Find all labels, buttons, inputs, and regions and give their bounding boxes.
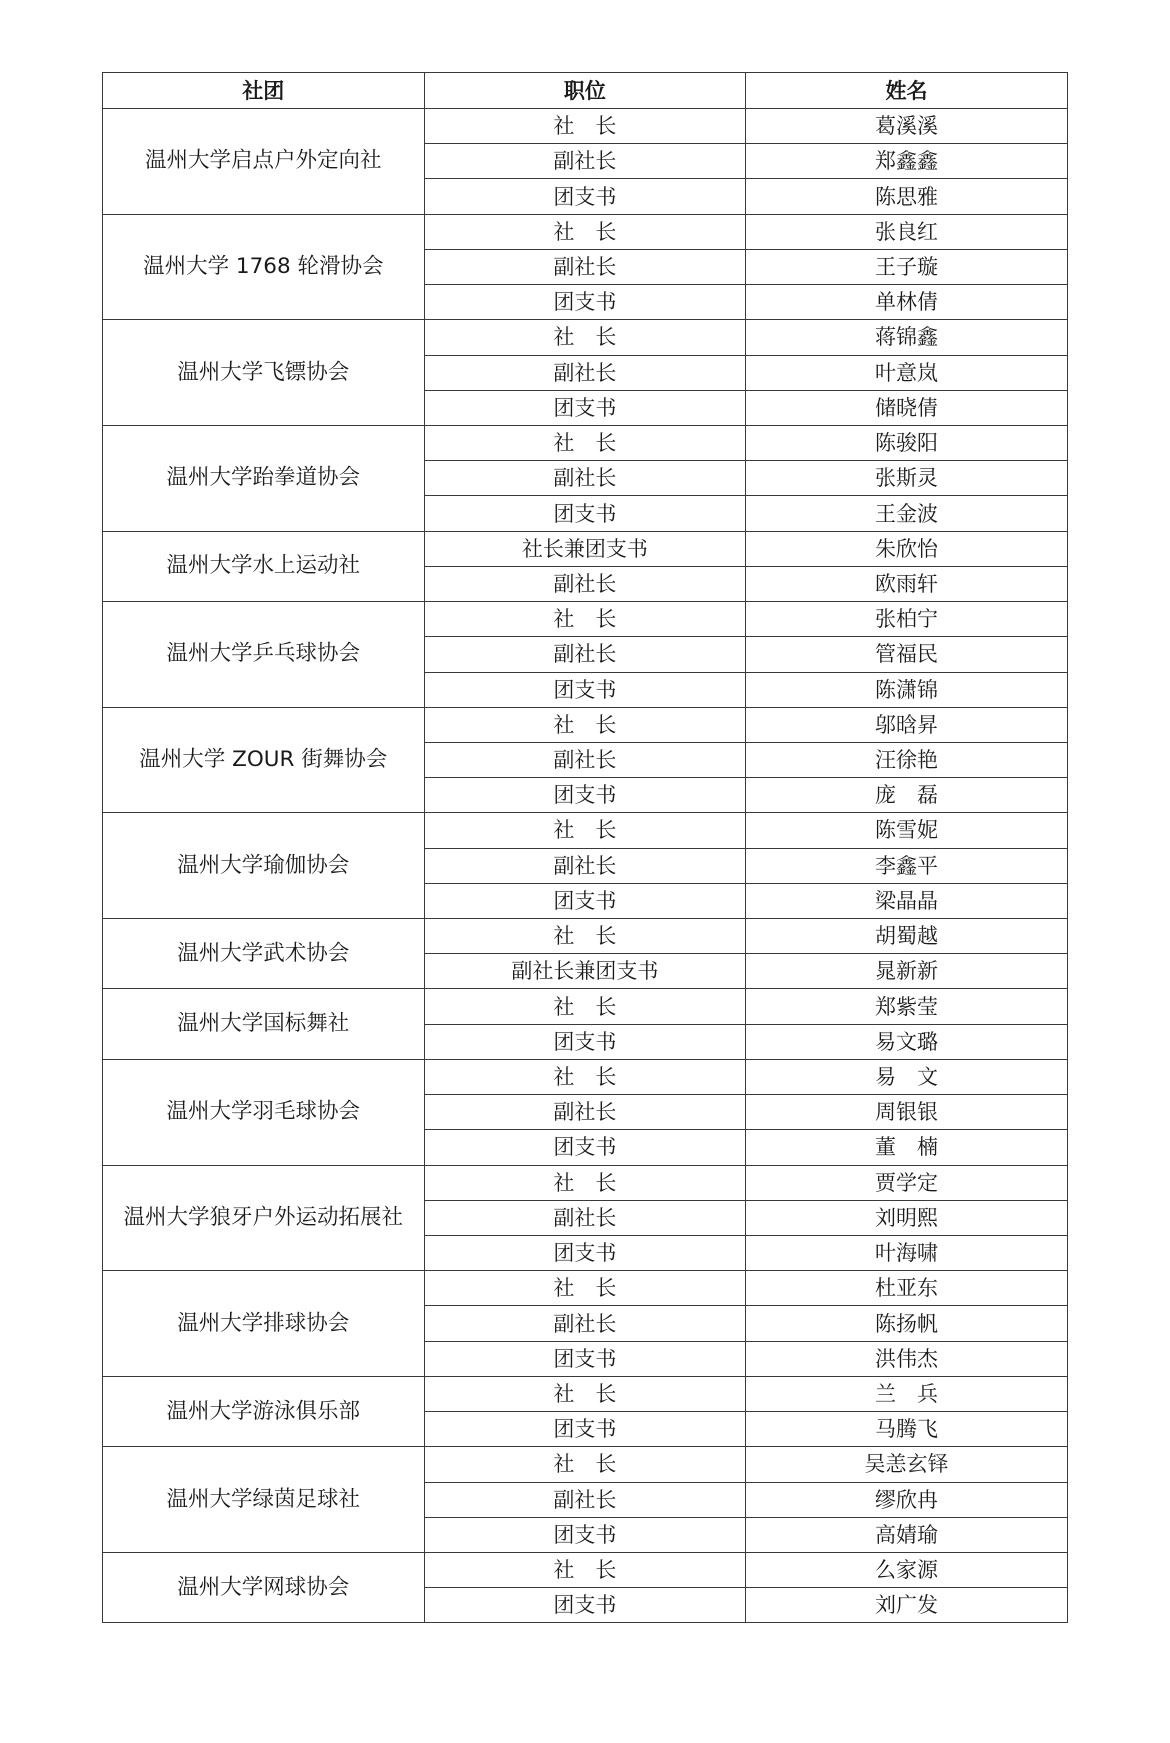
position-cell: 副社长 xyxy=(424,1482,746,1517)
position-cell: 社 长 xyxy=(424,1552,746,1587)
table-row: 温州大学飞镖协会社 长蒋锦鑫 xyxy=(103,320,1068,355)
table-row: 温州大学网球协会社 长么家源 xyxy=(103,1552,1068,1587)
position-cell: 副社长 xyxy=(424,566,746,601)
officer-name-cell: 庞 磊 xyxy=(746,778,1068,813)
position-cell: 团支书 xyxy=(424,1130,746,1165)
table-row: 温州大学乒乓球协会社 长张柏宁 xyxy=(103,602,1068,637)
club-name-cell: 温州大学排球协会 xyxy=(103,1271,425,1377)
officer-name-cell: 陈雪妮 xyxy=(746,813,1068,848)
table-row: 温州大学跆拳道协会社 长陈骏阳 xyxy=(103,425,1068,460)
position-cell: 副社长 xyxy=(424,1306,746,1341)
position-cell: 社 长 xyxy=(424,919,746,954)
officer-name-cell: 葛溪溪 xyxy=(746,109,1068,144)
position-cell: 副社长 xyxy=(424,1200,746,1235)
club-name-cell: 温州大学网球协会 xyxy=(103,1552,425,1622)
position-cell: 团支书 xyxy=(424,883,746,918)
officer-name-cell: 易文璐 xyxy=(746,1024,1068,1059)
table-row: 温州大学羽毛球协会社 长易 文 xyxy=(103,1059,1068,1094)
officer-name-cell: 吴恙玄铎 xyxy=(746,1447,1068,1482)
officer-name-cell: 郑紫莹 xyxy=(746,989,1068,1024)
position-cell: 团支书 xyxy=(424,179,746,214)
club-name-cell: 温州大学羽毛球协会 xyxy=(103,1059,425,1165)
club-name-cell: 温州大学绿茵足球社 xyxy=(103,1447,425,1553)
position-cell: 副社长 xyxy=(424,144,746,179)
position-cell: 社 长 xyxy=(424,320,746,355)
officer-name-cell: 陈骏阳 xyxy=(746,425,1068,460)
officer-name-cell: 兰 兵 xyxy=(746,1376,1068,1411)
officer-name-cell: 高婧瑜 xyxy=(746,1517,1068,1552)
header-name: 姓名 xyxy=(746,73,1068,109)
table-row: 温州大学狼牙户外运动拓展社社 长贾学定 xyxy=(103,1165,1068,1200)
position-cell: 社 长 xyxy=(424,1165,746,1200)
table-row: 温州大学启点户外定向社社 长葛溪溪 xyxy=(103,109,1068,144)
officer-name-cell: 欧雨轩 xyxy=(746,566,1068,601)
position-cell: 团支书 xyxy=(424,672,746,707)
club-name-cell: 温州大学 1768 轮滑协会 xyxy=(103,214,425,320)
position-cell: 社 长 xyxy=(424,214,746,249)
position-cell: 社 长 xyxy=(424,1271,746,1306)
officer-name-cell: 单林倩 xyxy=(746,285,1068,320)
officer-name-cell: 陈思雅 xyxy=(746,179,1068,214)
position-cell: 团支书 xyxy=(424,1024,746,1059)
officer-name-cell: 张良红 xyxy=(746,214,1068,249)
table-row: 温州大学 1768 轮滑协会社 长张良红 xyxy=(103,214,1068,249)
officer-name-cell: 储晓倩 xyxy=(746,390,1068,425)
club-name-cell: 温州大学瑜伽协会 xyxy=(103,813,425,919)
officer-name-cell: 杜亚东 xyxy=(746,1271,1068,1306)
position-cell: 团支书 xyxy=(424,1588,746,1623)
officer-name-cell: 陈潇锦 xyxy=(746,672,1068,707)
officer-name-cell: 易 文 xyxy=(746,1059,1068,1094)
club-name-cell: 温州大学飞镖协会 xyxy=(103,320,425,426)
officer-name-cell: 晁新新 xyxy=(746,954,1068,989)
position-cell: 社 长 xyxy=(424,425,746,460)
club-name-cell: 温州大学狼牙户外运动拓展社 xyxy=(103,1165,425,1271)
club-officers-table: 社团 职位 姓名 温州大学启点户外定向社社 长葛溪溪副社长郑鑫鑫团支书陈思雅温州… xyxy=(102,72,1068,1623)
officer-name-cell: 张斯灵 xyxy=(746,461,1068,496)
table-row: 温州大学 ZOUR 街舞协会社 长邬晗昇 xyxy=(103,707,1068,742)
position-cell: 社长兼团支书 xyxy=(424,531,746,566)
table-row: 温州大学国标舞社社 长郑紫莹 xyxy=(103,989,1068,1024)
club-name-cell: 温州大学武术协会 xyxy=(103,919,425,989)
officer-name-cell: 叶海啸 xyxy=(746,1236,1068,1271)
position-cell: 社 长 xyxy=(424,1059,746,1094)
position-cell: 社 长 xyxy=(424,1447,746,1482)
officer-name-cell: 胡蜀越 xyxy=(746,919,1068,954)
officer-name-cell: 管福民 xyxy=(746,637,1068,672)
officer-name-cell: 叶意岚 xyxy=(746,355,1068,390)
table-row: 温州大学水上运动社社长兼团支书朱欣怡 xyxy=(103,531,1068,566)
officer-name-cell: 洪伟杰 xyxy=(746,1341,1068,1376)
club-name-cell: 温州大学乒乓球协会 xyxy=(103,602,425,708)
position-cell: 团支书 xyxy=(424,1236,746,1271)
position-cell: 社 长 xyxy=(424,813,746,848)
officer-name-cell: 蒋锦鑫 xyxy=(746,320,1068,355)
header-club: 社团 xyxy=(103,73,425,109)
position-cell: 副社长 xyxy=(424,355,746,390)
officer-name-cell: 马腾飞 xyxy=(746,1412,1068,1447)
officer-name-cell: 邬晗昇 xyxy=(746,707,1068,742)
club-name-cell: 温州大学跆拳道协会 xyxy=(103,425,425,531)
officer-name-cell: 贾学定 xyxy=(746,1165,1068,1200)
header-row: 社团 职位 姓名 xyxy=(103,73,1068,109)
position-cell: 副社长 xyxy=(424,637,746,672)
position-cell: 副社长 xyxy=(424,249,746,284)
position-cell: 团支书 xyxy=(424,390,746,425)
officer-name-cell: 王子璇 xyxy=(746,249,1068,284)
club-name-cell: 温州大学 ZOUR 街舞协会 xyxy=(103,707,425,813)
club-officers-sheet: 社团 职位 姓名 温州大学启点户外定向社社 长葛溪溪副社长郑鑫鑫团支书陈思雅温州… xyxy=(102,72,1067,1623)
club-name-cell: 温州大学国标舞社 xyxy=(103,989,425,1059)
position-cell: 社 长 xyxy=(424,707,746,742)
position-cell: 社 长 xyxy=(424,1376,746,1411)
officer-name-cell: 郑鑫鑫 xyxy=(746,144,1068,179)
club-name-cell: 温州大学启点户外定向社 xyxy=(103,109,425,215)
officer-name-cell: 么家源 xyxy=(746,1552,1068,1587)
officer-name-cell: 陈扬帆 xyxy=(746,1306,1068,1341)
position-cell: 团支书 xyxy=(424,285,746,320)
officer-name-cell: 周银银 xyxy=(746,1095,1068,1130)
officer-name-cell: 梁晶晶 xyxy=(746,883,1068,918)
header-position: 职位 xyxy=(424,73,746,109)
position-cell: 副社长 xyxy=(424,1095,746,1130)
officer-name-cell: 董 楠 xyxy=(746,1130,1068,1165)
table-row: 温州大学绿茵足球社社 长吴恙玄铎 xyxy=(103,1447,1068,1482)
position-cell: 社 长 xyxy=(424,109,746,144)
table-row: 温州大学排球协会社 长杜亚东 xyxy=(103,1271,1068,1306)
officer-name-cell: 刘广发 xyxy=(746,1588,1068,1623)
table-row: 温州大学游泳俱乐部社 长兰 兵 xyxy=(103,1376,1068,1411)
table-row: 温州大学瑜伽协会社 长陈雪妮 xyxy=(103,813,1068,848)
position-cell: 团支书 xyxy=(424,1517,746,1552)
table-row: 温州大学武术协会社 长胡蜀越 xyxy=(103,919,1068,954)
officer-name-cell: 缪欣冉 xyxy=(746,1482,1068,1517)
club-name-cell: 温州大学水上运动社 xyxy=(103,531,425,601)
position-cell: 副社长 xyxy=(424,848,746,883)
officer-name-cell: 王金波 xyxy=(746,496,1068,531)
position-cell: 团支书 xyxy=(424,496,746,531)
position-cell: 社 长 xyxy=(424,602,746,637)
position-cell: 副社长兼团支书 xyxy=(424,954,746,989)
position-cell: 团支书 xyxy=(424,1412,746,1447)
officer-name-cell: 李鑫平 xyxy=(746,848,1068,883)
position-cell: 社 长 xyxy=(424,989,746,1024)
officer-name-cell: 朱欣怡 xyxy=(746,531,1068,566)
table-body: 温州大学启点户外定向社社 长葛溪溪副社长郑鑫鑫团支书陈思雅温州大学 1768 轮… xyxy=(103,109,1068,1623)
position-cell: 副社长 xyxy=(424,461,746,496)
officer-name-cell: 刘明熙 xyxy=(746,1200,1068,1235)
officer-name-cell: 张柏宁 xyxy=(746,602,1068,637)
position-cell: 团支书 xyxy=(424,778,746,813)
position-cell: 副社长 xyxy=(424,742,746,777)
position-cell: 团支书 xyxy=(424,1341,746,1376)
officer-name-cell: 汪徐艳 xyxy=(746,742,1068,777)
club-name-cell: 温州大学游泳俱乐部 xyxy=(103,1376,425,1446)
